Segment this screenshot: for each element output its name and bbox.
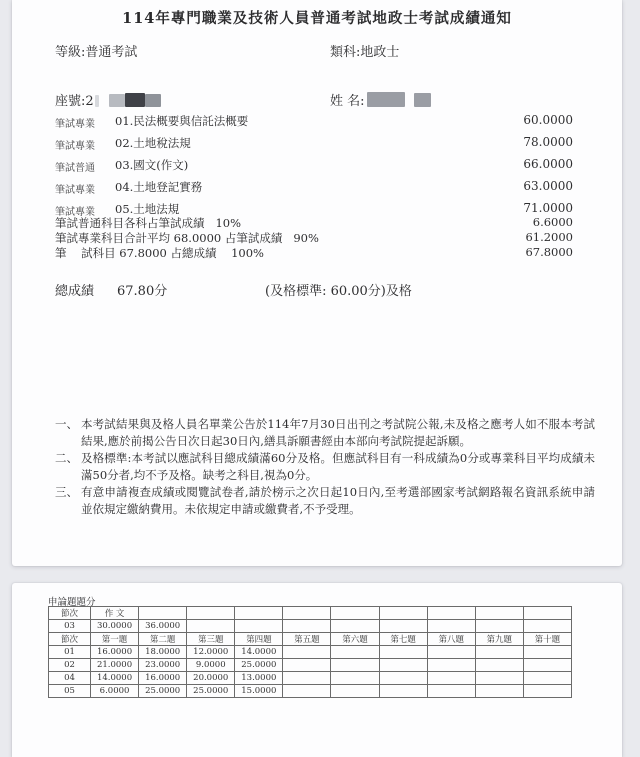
- cell: 25.0000: [187, 685, 235, 698]
- table-row: 節次 作 文: [49, 607, 572, 620]
- cell: [427, 620, 475, 633]
- summary-score: 6.6000: [533, 215, 573, 229]
- cell: [283, 607, 331, 620]
- cell: 30.0000: [91, 620, 139, 633]
- notes-section: 一、 本考試結果與及格人員名單業公告於114年7月30日出刊之考試院公報,未及格…: [55, 416, 595, 518]
- subject-row: 筆試專業 04.土地登記實務 63.0000: [12, 179, 622, 195]
- cell: [475, 646, 523, 659]
- cell: [379, 685, 427, 698]
- note-number: 二、: [55, 450, 81, 484]
- total-score-label: 總成績: [55, 280, 94, 299]
- cell: [235, 620, 283, 633]
- cell: [427, 659, 475, 672]
- cell: [523, 685, 571, 698]
- seat-number-redaction-sliver: [95, 95, 99, 107]
- name-field: 姓 名:: [330, 90, 431, 109]
- name-label: 姓 名:: [330, 94, 365, 109]
- cell: 16.0000: [139, 672, 187, 685]
- total-score-value: 67.80分: [117, 280, 167, 299]
- seat-number-field: 座號:2: [55, 90, 161, 109]
- cell: 05: [49, 685, 91, 698]
- cell: 14.0000: [235, 646, 283, 659]
- cell: 13.0000: [235, 672, 283, 685]
- cell: [283, 659, 331, 672]
- subject-score: 60.0000: [523, 113, 573, 127]
- cell: 25.0000: [235, 659, 283, 672]
- summary-score: 61.2000: [525, 230, 573, 244]
- subject-score: 63.0000: [523, 179, 573, 193]
- cell: [235, 607, 283, 620]
- subject-type: 筆試專業: [55, 181, 95, 196]
- subject-type: 筆試普通: [55, 159, 95, 174]
- table-row: 03 30.0000 36.0000: [49, 620, 572, 633]
- summary-text: 筆試普通科目各科占筆試成績 10%: [55, 215, 241, 231]
- cell: [523, 659, 571, 672]
- subject-row: 筆試普通 03.國文(作文) 66.0000: [12, 157, 622, 173]
- seat-number-digits: 2: [85, 94, 93, 109]
- table-row: 01 16.0000 18.0000 12.0000 14.0000: [49, 646, 572, 659]
- cell: 作 文: [91, 607, 139, 620]
- cell: 20.0000: [187, 672, 235, 685]
- cell: [427, 672, 475, 685]
- cell: [475, 685, 523, 698]
- cell: 16.0000: [91, 646, 139, 659]
- subject-score: 66.0000: [523, 157, 573, 171]
- cell: [427, 685, 475, 698]
- subject-row: 筆試專業 01.民法概要與信託法概要 60.0000: [12, 113, 622, 129]
- cell: [331, 672, 379, 685]
- document-title: 114年專門職業及技術人員普通考試地政士考試成績通知: [12, 7, 622, 28]
- cell: 第十題: [523, 633, 571, 646]
- cell: [523, 620, 571, 633]
- table-row: 04 14.0000 16.0000 20.0000 13.0000: [49, 672, 572, 685]
- cell: 第六題: [331, 633, 379, 646]
- subject-name: 04.土地登記實務: [115, 179, 202, 195]
- cell: [523, 646, 571, 659]
- cell: 第七題: [379, 633, 427, 646]
- cell: [283, 620, 331, 633]
- name-redaction-2: [414, 93, 431, 107]
- cell: 節次: [49, 607, 91, 620]
- subject-name: 01.民法概要與信託法概要: [115, 113, 248, 129]
- cell: [187, 620, 235, 633]
- cell: 01: [49, 646, 91, 659]
- cell: [379, 672, 427, 685]
- summary-row: 筆試普通科目各科占筆試成績 10% 6.6000: [12, 215, 622, 229]
- cell: [475, 607, 523, 620]
- subject-score: 71.0000: [523, 201, 573, 215]
- cell: 14.0000: [91, 672, 139, 685]
- cell: 第九題: [475, 633, 523, 646]
- cell: 第一題: [91, 633, 139, 646]
- cell: [331, 607, 379, 620]
- cell: [427, 646, 475, 659]
- exam-level: 等級:普通考試: [55, 41, 137, 60]
- table-row: 05 6.0000 25.0000 25.0000 15.0000: [49, 685, 572, 698]
- note-item: 二、 及格標準:本考試以應試科目總成績滿60分及格。但應試科目有一科成績為0分或…: [55, 450, 595, 484]
- cell: [283, 685, 331, 698]
- cell: 21.0000: [91, 659, 139, 672]
- cell: 第三題: [187, 633, 235, 646]
- cell: 9.0000: [187, 659, 235, 672]
- cell: 25.0000: [139, 685, 187, 698]
- summary-row: 筆 試科目 67.8000 占總成績 100% 67.8000: [12, 245, 622, 259]
- cell: [379, 646, 427, 659]
- cell: [331, 685, 379, 698]
- cell: [379, 607, 427, 620]
- cell: [331, 659, 379, 672]
- seat-number-redaction-2: [125, 93, 145, 107]
- cell: [187, 607, 235, 620]
- seat-number-redaction-3: [145, 94, 161, 107]
- cell: [523, 607, 571, 620]
- cell: [283, 646, 331, 659]
- cell: 03: [49, 620, 91, 633]
- cell: [427, 607, 475, 620]
- cell: 18.0000: [139, 646, 187, 659]
- score-notice-page: 114年專門職業及技術人員普通考試地政士考試成績通知 等級:普通考試 類科:地政…: [12, 0, 622, 566]
- summary-text: 筆 試科目 67.8000 占總成績 100%: [55, 245, 264, 261]
- cell: 第五題: [283, 633, 331, 646]
- note-text: 本考試結果與及格人員名單業公告於114年7月30日出刊之考試院公報,未及格之應考…: [81, 416, 595, 450]
- cell: [475, 620, 523, 633]
- seat-number-label: 座號:: [55, 94, 85, 109]
- table-row: 節次 第一題 第二題 第三題 第四題 第五題 第六題 第七題 第八題 第九題 第…: [49, 633, 572, 646]
- cell: [379, 620, 427, 633]
- cell: 節次: [49, 633, 91, 646]
- essay-score-page: 申論題題分 節次 作 文 03 30.0000 3: [12, 583, 622, 757]
- summary-text: 筆試專業科目合計平均 68.0000 占筆試成績 90%: [55, 230, 319, 246]
- summary-score: 67.8000: [525, 245, 573, 259]
- cell: 12.0000: [187, 646, 235, 659]
- essay-score-table: 節次 作 文 03 30.0000 36.0000: [48, 606, 572, 698]
- name-redaction-1: [367, 92, 405, 107]
- screenshot-root: { "colors": { "background": "#e9eaee", "…: [0, 0, 640, 757]
- note-item: 一、 本考試結果與及格人員名單業公告於114年7月30日出刊之考試院公報,未及格…: [55, 416, 595, 450]
- passing-standard-and-result: (及格標準: 60.00分)及格: [265, 280, 412, 299]
- subject-row: 筆試專業 02.土地稅法規 78.0000: [12, 135, 622, 151]
- cell: 15.0000: [235, 685, 283, 698]
- cell: 04: [49, 672, 91, 685]
- cell: 02: [49, 659, 91, 672]
- cell: 第四題: [235, 633, 283, 646]
- cell: [331, 620, 379, 633]
- cell: 第八題: [427, 633, 475, 646]
- cell: [523, 672, 571, 685]
- subject-type: 筆試專業: [55, 137, 95, 152]
- note-number: 一、: [55, 416, 81, 450]
- table-row: 02 21.0000 23.0000 9.0000 25.0000: [49, 659, 572, 672]
- subject-type: 筆試專業: [55, 115, 95, 130]
- cell: [283, 672, 331, 685]
- note-text: 有意申請複查成績或閱覽試卷者,請於榜示之次日起10日內,至考選部國家考試網路報名…: [81, 484, 595, 518]
- cell: 6.0000: [91, 685, 139, 698]
- note-text: 及格標準:本考試以應試科目總成績滿60分及格。但應試科目有一科成績為0分或專業科…: [81, 450, 595, 484]
- cell: [139, 607, 187, 620]
- subject-name: 03.國文(作文): [115, 157, 188, 173]
- subject-name: 02.土地稅法規: [115, 135, 191, 151]
- exam-category: 類科:地政士: [330, 41, 399, 60]
- summary-row: 筆試專業科目合計平均 68.0000 占筆試成績 90% 61.2000: [12, 230, 622, 244]
- cell: 23.0000: [139, 659, 187, 672]
- note-number: 三、: [55, 484, 81, 518]
- note-item: 三、 有意申請複查成績或閱覽試卷者,請於榜示之次日起10日內,至考選部國家考試網…: [55, 484, 595, 518]
- cell: 36.0000: [139, 620, 187, 633]
- cell: [379, 659, 427, 672]
- cell: [475, 659, 523, 672]
- seat-number-redaction-1: [109, 94, 125, 107]
- cell: 第二題: [139, 633, 187, 646]
- subject-score: 78.0000: [523, 135, 573, 149]
- cell: [331, 646, 379, 659]
- cell: [475, 672, 523, 685]
